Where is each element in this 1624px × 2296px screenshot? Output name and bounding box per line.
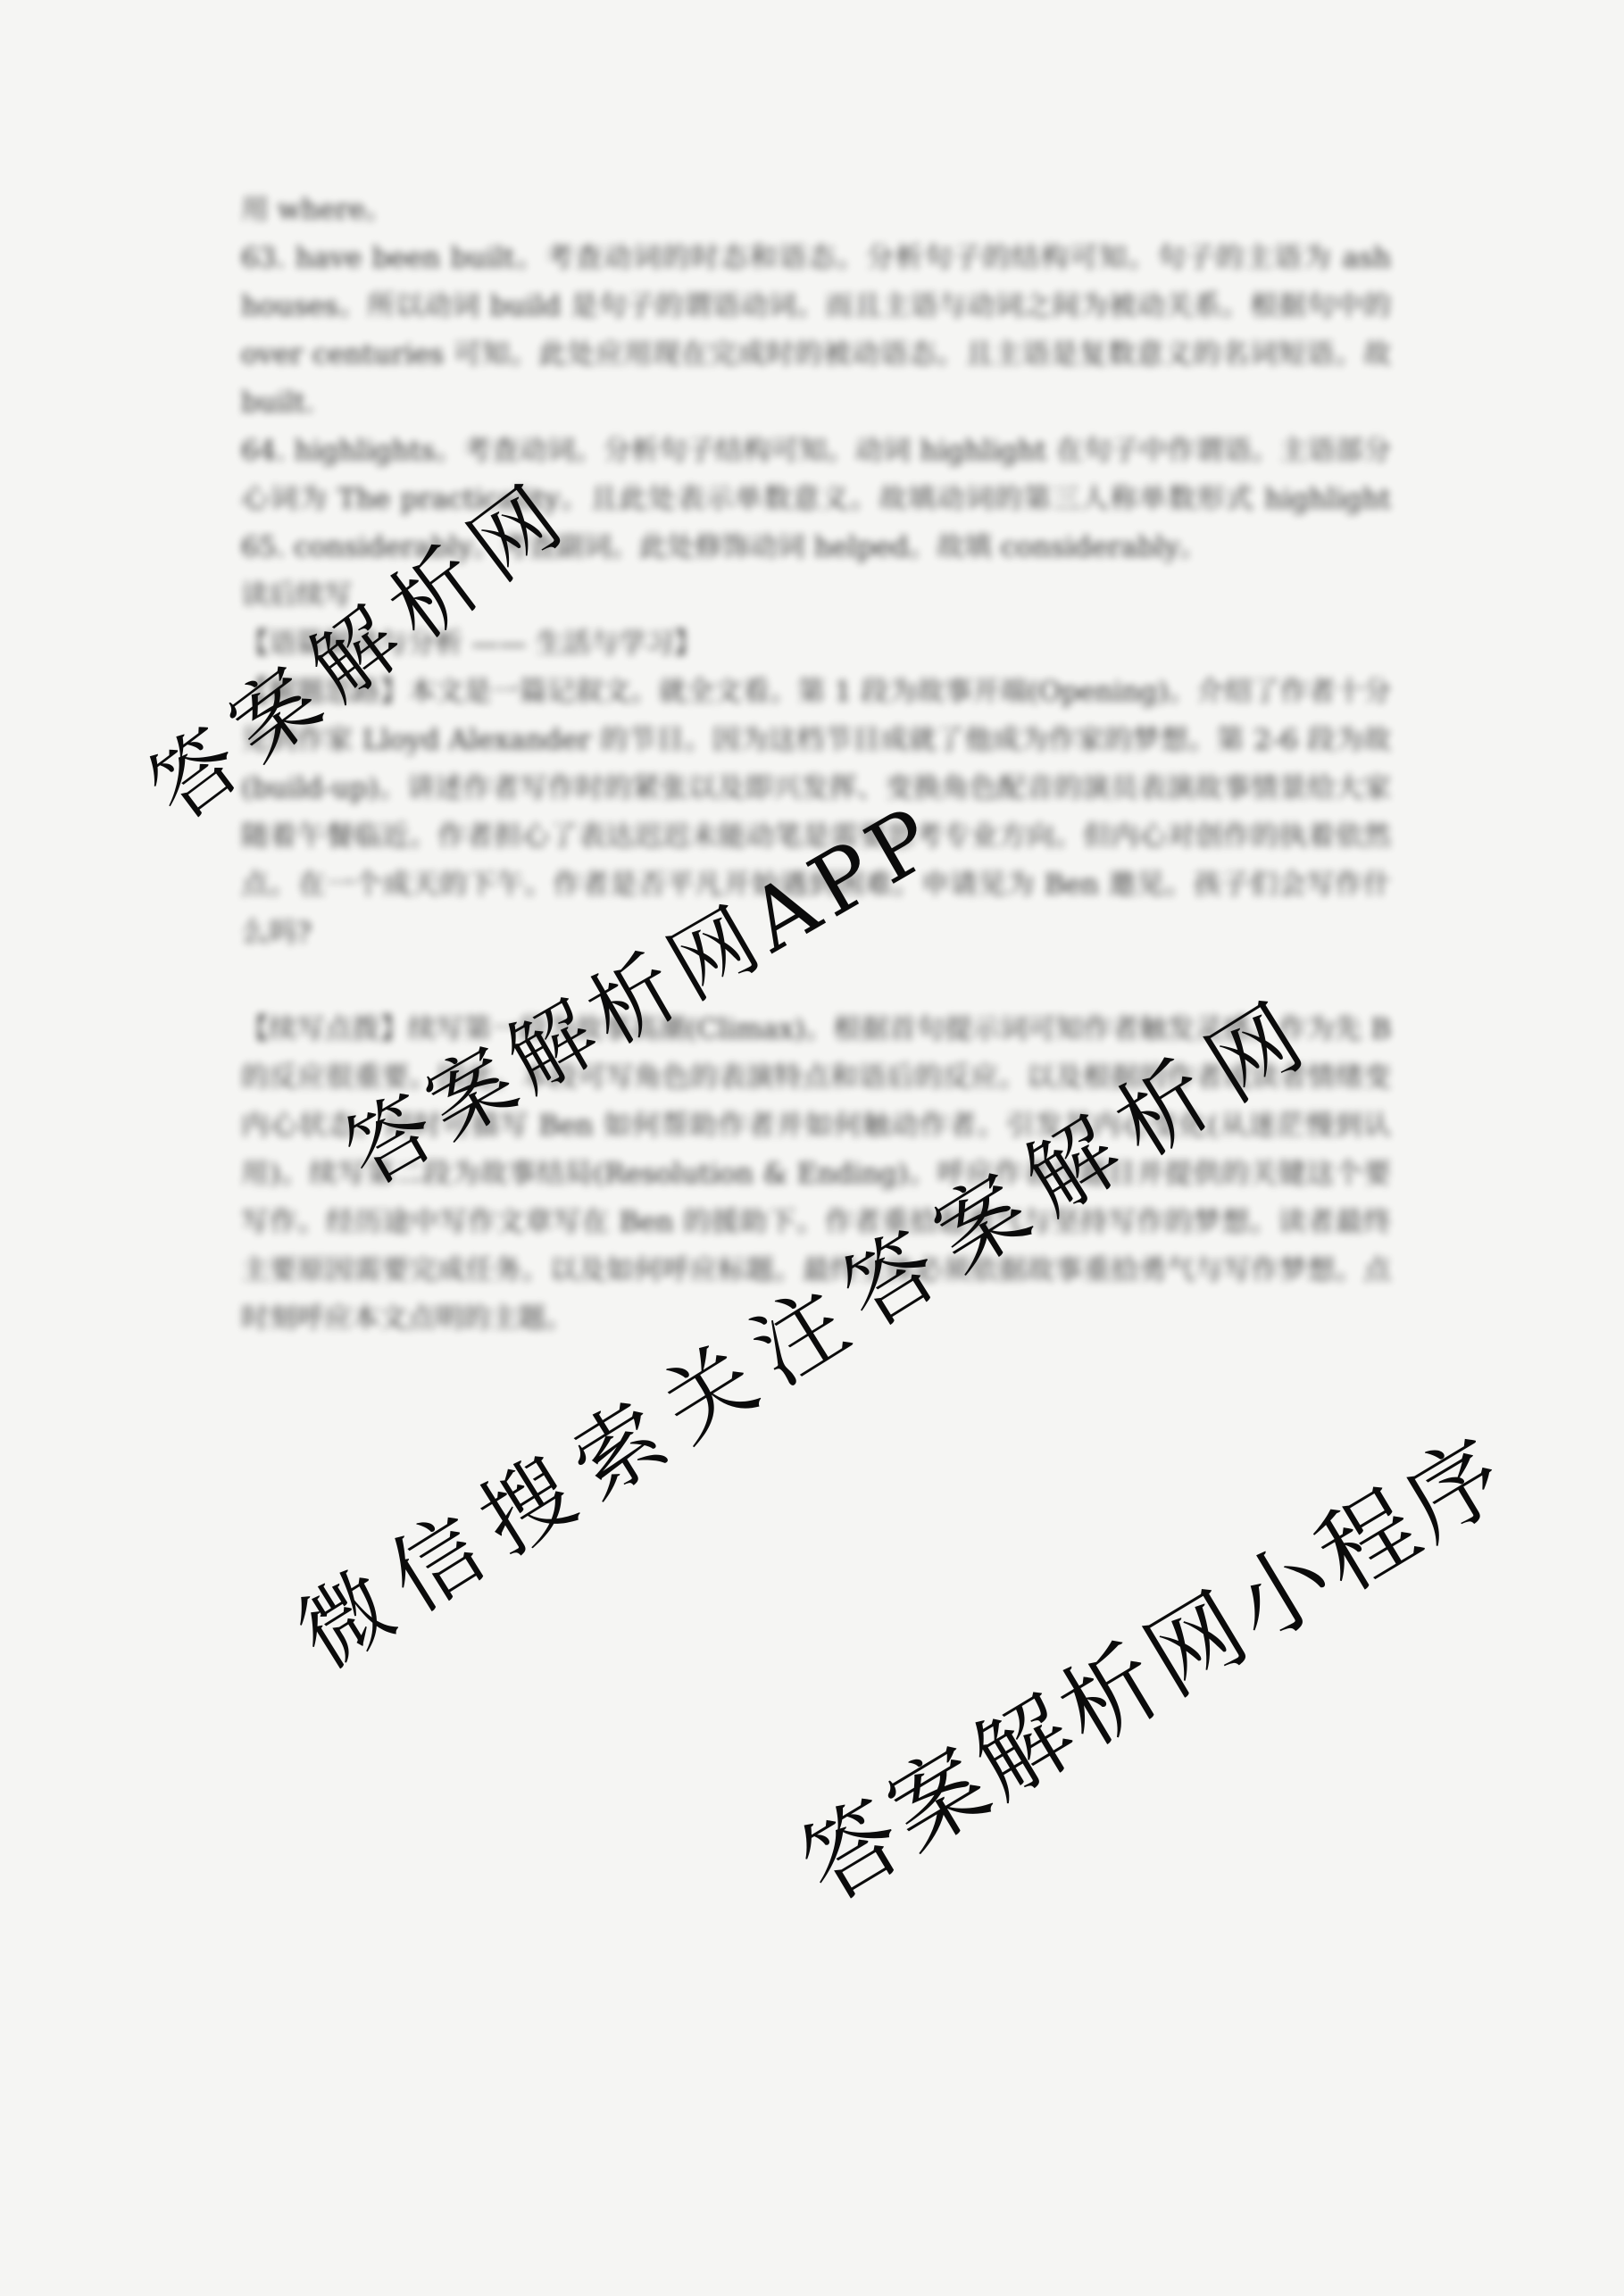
text-line: over centuries 可知。此处应用现在完成时的被动语态。且主语是复数意… [241, 330, 1391, 379]
text-line: 64. highlights。考查动词。分析句子结构可知。动词 highligh… [241, 427, 1391, 475]
text-line: 见到作家 Lloyd Alexander 的节目。因为这档节目成就了他成为作家的… [241, 716, 1391, 764]
text-line: 心词为 The practicality。且此处表示单数意义。故填动词的第三人称… [241, 475, 1391, 523]
text-line: 写作。经历途中写作文章写在 Ben 的援助下。作者重拾起勇气与坚持写作的梦想。读… [241, 1198, 1391, 1246]
text-line: 63. have been built。考查动词的时态和语态。分析句子的结构可知… [241, 234, 1391, 282]
text-line: built. [241, 379, 1391, 427]
watermark-text: 答案解析网小程序 [773, 1397, 1531, 1926]
watermark-mini-program: 答案解析网小程序 [773, 1397, 1531, 1926]
text-line: 用 where。 [241, 186, 1391, 234]
text-line: houses。所以动词 build 是句子的谓语动词。而且主语与动词之间为被动关… [241, 282, 1391, 330]
scanned-document-page: 用 where。 63. have been built。考查动词的时态和语态。… [0, 0, 1624, 2296]
text-line: (build-up)。讲述作者写作时的紧张以及即兴发挥、变换角色配音的演员表演故… [241, 764, 1391, 812]
